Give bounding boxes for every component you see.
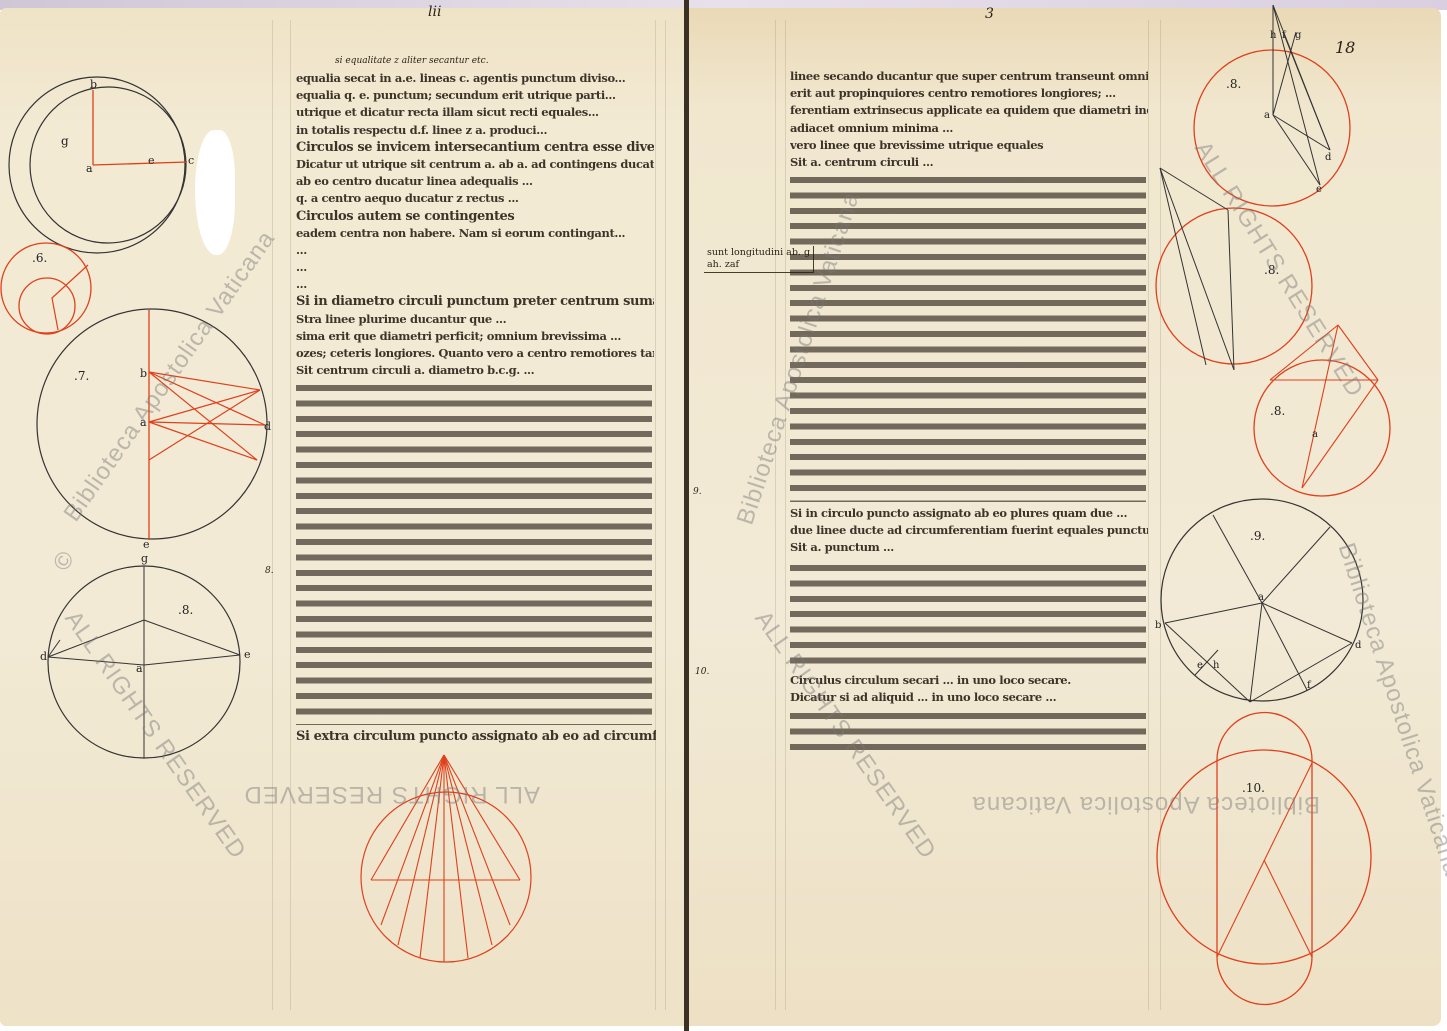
svg-text:h: h xyxy=(1213,660,1220,671)
svg-text:.9.: .9. xyxy=(1250,529,1265,543)
svg-text:h: h xyxy=(1270,30,1277,41)
svg-text:a: a xyxy=(1312,429,1318,440)
svg-text:g: g xyxy=(1295,30,1302,41)
svg-text:.8.: .8. xyxy=(1270,404,1285,418)
watermark-rights: ALL RIGHTS RESERVED xyxy=(244,780,540,808)
svg-text:e: e xyxy=(1197,660,1203,671)
svg-text:d: d xyxy=(1355,640,1362,651)
svg-text:.8.: .8. xyxy=(1226,77,1241,91)
watermark-institution: Biblioteca Apostolica Vaticana xyxy=(972,790,1320,818)
svg-text:e: e xyxy=(1316,184,1322,195)
svg-text:a: a xyxy=(1258,592,1264,603)
right-figures: h f g .8. a d e .8. .8. a .9. a b d e h … xyxy=(0,0,1447,1031)
svg-text:b: b xyxy=(1155,620,1161,631)
svg-text:a: a xyxy=(1264,110,1270,121)
svg-text:d: d xyxy=(1325,152,1332,163)
svg-text:f: f xyxy=(1307,680,1312,691)
